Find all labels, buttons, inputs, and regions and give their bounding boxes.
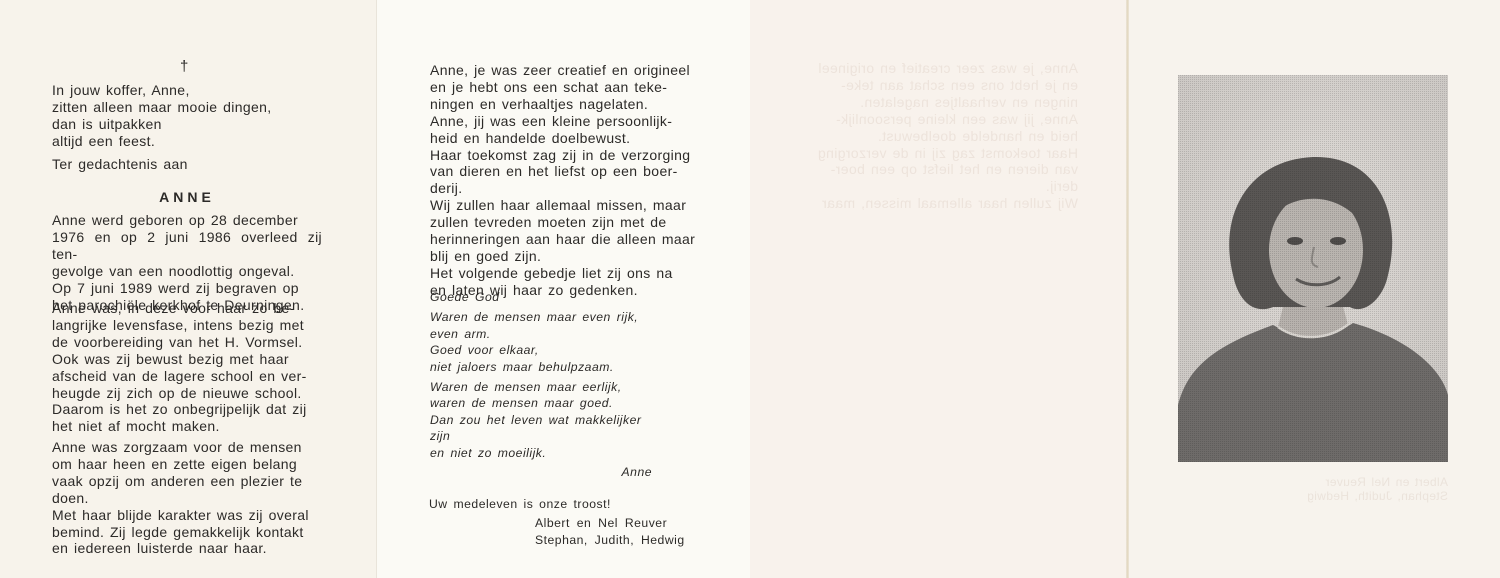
ghost-line: van dieren en het liefst op een boer- bbox=[808, 161, 1078, 178]
text-line: de voorbereiding van het H. Vormsel. bbox=[52, 334, 322, 351]
text-line: Haar toekomst zag zij in de verzorging bbox=[430, 147, 701, 164]
text-line: Anne, je was zeer creatief en origineel bbox=[430, 62, 701, 79]
text-line: herinneringen aan haar die alleen maar bbox=[430, 231, 701, 248]
text-line: ningen en verhaaltjes nagelaten. bbox=[430, 96, 701, 113]
text-line: Anne werd geboren op 28 december bbox=[52, 212, 322, 229]
text-line: en iedereen luisterde naar haar. bbox=[52, 540, 322, 557]
text-line: van dieren en het liefst op een boer- bbox=[430, 163, 701, 180]
text-line: Op 7 juni 1989 werd zij begraven op bbox=[52, 280, 322, 297]
prayer: Goede God Waren de mensen maar even rijk… bbox=[430, 289, 670, 481]
cross-icon: † bbox=[180, 58, 188, 75]
poem-line: dan is uitpakken bbox=[52, 116, 322, 133]
ghost-line: Albert en Nel Reuver bbox=[1178, 475, 1448, 489]
ghost-line: Wij zullen haar allemaal missen, maar bbox=[808, 195, 1078, 212]
portrait-photo bbox=[1178, 75, 1448, 462]
ghost-line: Haar toekomst zag zij in de verzorging bbox=[808, 145, 1078, 162]
prayer-line: Goed voor elkaar, bbox=[430, 342, 670, 359]
text-line: Daarom is het zo onbegrijpelijk dat zij bbox=[52, 401, 322, 418]
ghost-line: ningen en verhaaltjes nagelaten. bbox=[808, 94, 1078, 111]
text-line: en je hebt ons een schat aan teke- bbox=[430, 79, 701, 96]
text-line: blij en goed zijn. bbox=[430, 248, 701, 265]
text-line: om haar heen en zette eigen belang bbox=[52, 456, 322, 473]
ghost-line: Stephan, Judith, Hedwig bbox=[1178, 489, 1448, 503]
text-line: Ook was zij bewust bezig met haar bbox=[52, 351, 322, 368]
poem-line: zitten alleen maar mooie dingen, bbox=[52, 99, 322, 116]
opening-poem: In jouw koffer, Anne, zitten alleen maar… bbox=[52, 82, 322, 150]
text-line: Wij zullen haar allemaal missen, maar bbox=[430, 197, 701, 214]
text-line: derij. bbox=[430, 180, 701, 197]
prayer-line: even arm. bbox=[430, 326, 670, 343]
text-line: Anne, jij was een kleine persoonlijk- bbox=[430, 113, 701, 130]
prayer-line: en niet zo moeilijk. bbox=[430, 445, 670, 462]
text-line: Anne was, in deze voor haar zo be- bbox=[52, 300, 322, 317]
ghost-line: derij. bbox=[808, 178, 1078, 195]
deceased-name: ANNE bbox=[52, 189, 322, 205]
prayer-line: Dan zou het leven wat makkelijker bbox=[430, 412, 670, 429]
text-line: langrijke levensfase, intens bezig met bbox=[52, 317, 322, 334]
text-line: zullen tevreden moeten zijn met de bbox=[430, 214, 701, 231]
thanks-line: Uw medeleven is onze troost! bbox=[429, 496, 611, 513]
prayer-line: Waren de mensen maar even rijk, bbox=[430, 309, 670, 326]
family-names: Albert en Nel Reuver Stephan, Judith, He… bbox=[535, 515, 685, 548]
prayer-signature: Anne bbox=[430, 464, 670, 481]
poem-line: In jouw koffer, Anne, bbox=[52, 82, 322, 99]
ghost-line: Anne, jij was een kleine persoonlijk- bbox=[808, 111, 1078, 128]
text-line: doen. bbox=[52, 490, 322, 507]
prayer-line: waren de mensen maar goed. bbox=[430, 395, 670, 412]
family-line: Stephan, Judith, Hedwig bbox=[535, 532, 685, 549]
fold-line bbox=[1126, 0, 1129, 578]
ghost-line: heid en handelde doelbewust. bbox=[808, 128, 1078, 145]
text-line: het niet af mocht maken. bbox=[52, 418, 322, 435]
family-line: Albert en Nel Reuver bbox=[535, 515, 685, 532]
bio-paragraph: Anne was, in deze voor haar zo be- langr… bbox=[52, 300, 322, 435]
prayer-line: niet jaloers maar behulpzaam. bbox=[430, 359, 670, 376]
memory-line: Ter gedachtenis aan bbox=[52, 156, 188, 173]
text-line: heid en handelde doelbewust. bbox=[430, 130, 701, 147]
poem-line: altijd een feest. bbox=[52, 133, 322, 150]
text-line: Het volgende gebedje liet zij ons na bbox=[430, 265, 701, 282]
text-line: heugde zij zich op de nieuwe school. bbox=[52, 385, 322, 402]
text-line: bemind. Zij legde gemakkelijk kontakt bbox=[52, 524, 322, 541]
prayer-line: zijn bbox=[430, 428, 670, 445]
text-line: gevolge van een noodlottig ongeval. bbox=[52, 263, 322, 280]
text-line: 1976 en op 2 juni 1986 overleed zij ten- bbox=[52, 229, 322, 263]
bio-paragraph: Anne was zorgzaam voor de mensen om haar… bbox=[52, 439, 322, 557]
show-through-text: Anne, je was zeer creatief en origineel … bbox=[808, 60, 1078, 212]
text-line: Anne was zorgzaam voor de mensen bbox=[52, 439, 322, 456]
text-line: vaak opzij om anderen een plezier te bbox=[52, 473, 322, 490]
text-line: Met haar blijde karakter was zij overal bbox=[52, 507, 322, 524]
text-line: afscheid van de lagere school en ver- bbox=[52, 368, 322, 385]
ghost-line: en je hebt ons een schat aan teke- bbox=[808, 77, 1078, 94]
tribute-text: Anne, je was zeer creatief en origineel … bbox=[430, 62, 701, 299]
bio-paragraph: Anne werd geboren op 28 december 1976 en… bbox=[52, 212, 322, 313]
ghost-line: Anne, je was zeer creatief en origineel bbox=[808, 60, 1078, 77]
show-through-text: Albert en Nel Reuver Stephan, Judith, He… bbox=[1178, 475, 1448, 503]
prayer-line: Waren de mensen maar eerlijk, bbox=[430, 379, 670, 396]
prayer-title: Goede God bbox=[430, 289, 670, 306]
